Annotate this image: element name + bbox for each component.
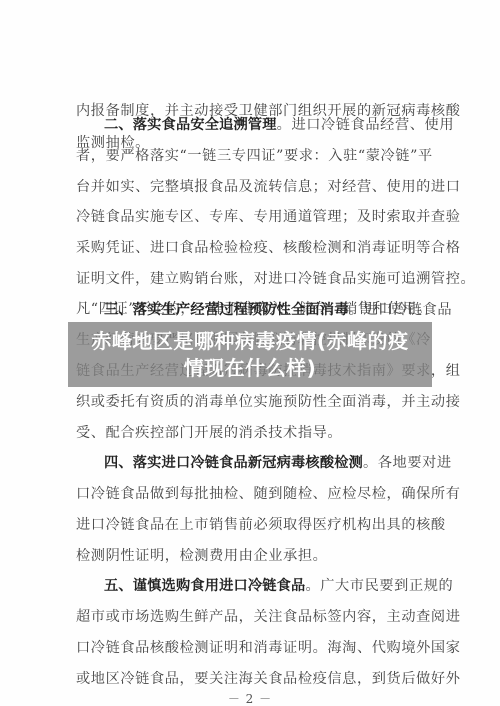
- body-line: 或地区冷链食品，要关注海关食品检疫信息，到货后做好外: [76, 669, 426, 689]
- section-3-line: 三、落实生产经营过程预防性全面消毒。进口冷链食品: [104, 300, 426, 320]
- section-heading-2: 二、落实食品安全追溯管理: [104, 117, 277, 133]
- title-overlay-banner: 赤峰地区是哪种病毒疫情(赤峰的疫 情现在什么样): [68, 322, 432, 387]
- body-line: 受、配合疾控部门开展的消杀技术指导。: [76, 423, 426, 443]
- section-4-line: 四、落实进口冷链食品新冠病毒核酸检测。各地要对进: [104, 453, 426, 473]
- section-heading-4: 四、落实进口冷链食品新冠病毒核酸检测: [104, 455, 363, 471]
- overlay-title-line-2: 情现在什么样): [68, 355, 432, 382]
- body-line: 检测阴性证明，检测费用由企业承担。: [76, 546, 426, 566]
- body-line: 台并如实、完整填报食品及流转信息；对经营、使用的进口: [76, 177, 426, 197]
- section-5-line: 五、谨慎选购食用进口冷链食品。广大市民要到正规的: [104, 576, 426, 596]
- body-line: 口冷链食品核酸检测证明和消毒证明。海淘、代购境外国家: [76, 638, 426, 658]
- section-2-line: 二、落实食品安全追溯管理。进口冷链食品经营、使用: [104, 115, 426, 135]
- body-line: 织或委托有资质的消毒单位实施预防性全面消毒，并主动接: [76, 392, 426, 412]
- body-line: 证明文件，建立购销台账，对进口冷链食品实施可追溯管控。: [76, 269, 426, 289]
- body-line: 冷链食品实施专区、专库、专用通道管理；及时索取并查验: [76, 207, 426, 227]
- body-text: 。广大市民要到正规的: [305, 578, 453, 594]
- section-heading-5: 五、谨慎选购食用进口冷链食品: [104, 578, 305, 594]
- body-line: 超市或市场选购生鲜产品，关注食品标签内容，主动查阅进: [76, 607, 426, 627]
- body-text: 。进口冷链食品经营、使用: [277, 117, 454, 133]
- body-line: 者，要严格落实“一链三专四证”要求：入驻“蒙冷链”平: [76, 146, 426, 166]
- section-heading-3: 三、落实生产经营过程预防性全面消毒: [104, 302, 349, 318]
- body-text: 。各地要对进: [363, 455, 452, 471]
- body-text: 。进口冷链食品: [349, 302, 453, 318]
- page-number: － 2 －: [0, 690, 500, 706]
- overlay-title: 赤峰地区是哪种病毒疫情(赤峰的疫 情现在什么样): [68, 328, 432, 382]
- body-line: 采购凭证、进口食品检验检疫、核酸检测和消毒证明等合格: [76, 238, 426, 258]
- overlay-title-line-1: 赤峰地区是哪种病毒疫情(赤峰的疫: [68, 328, 432, 355]
- body-line: 进口冷链食品在上市销售前必须取得医疗机构出具的核酸: [76, 515, 426, 535]
- body-line: 口冷链食品做到每批抽检、随到随检、应检尽检，确保所有: [76, 484, 426, 504]
